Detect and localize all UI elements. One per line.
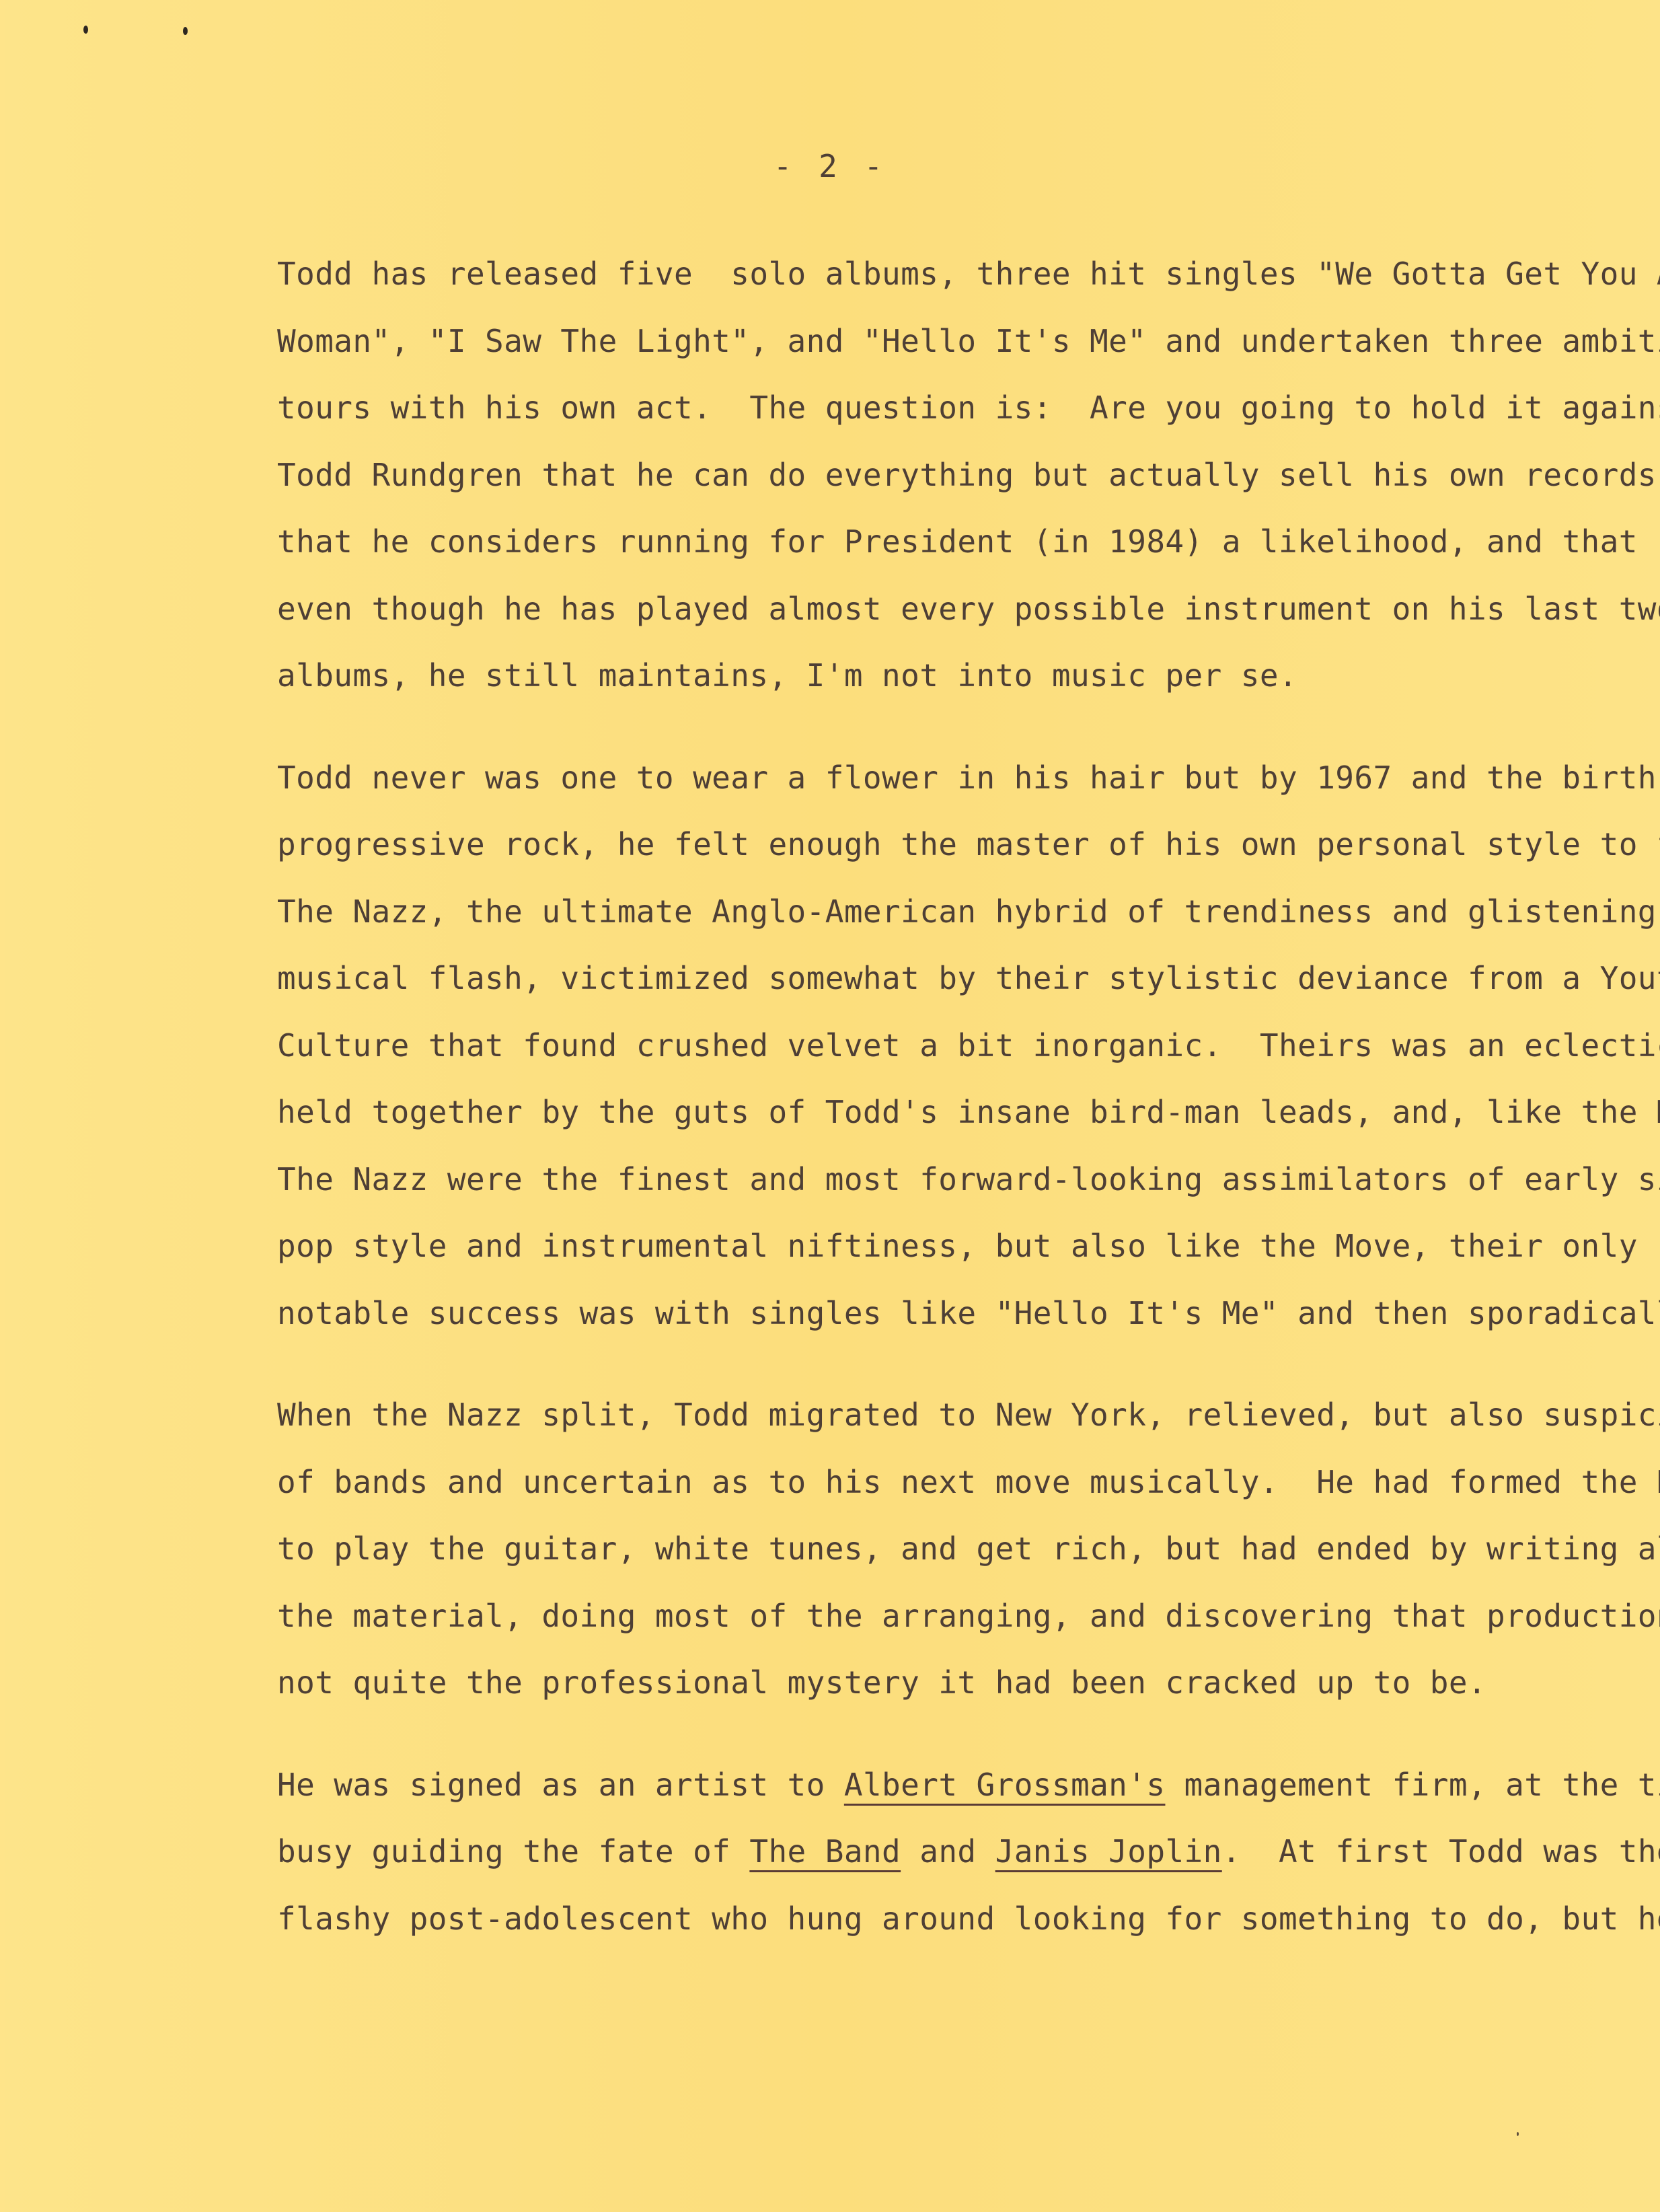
text-line: even though he has played almost every p… xyxy=(277,576,1622,643)
text-segment: busy guiding the fate of xyxy=(277,1833,749,1870)
underlined-name-the-band: The Band xyxy=(749,1833,901,1870)
text-line: flashy post-adolescent who hung around l… xyxy=(277,1886,1622,1953)
text-line: tours with his own act. The question is:… xyxy=(277,375,1622,442)
text-segment: flashy post-adolescent who hung around l… xyxy=(277,1901,1660,1937)
paragraph-3: When the Nazz split, Todd migrated to Ne… xyxy=(277,1382,1622,1717)
text-line: pop style and instrumental niftiness, bu… xyxy=(277,1213,1622,1280)
page-number: - 2 - xyxy=(0,149,1660,183)
text-line: notable success was with singles like "H… xyxy=(277,1280,1622,1348)
paragraph-4: He was signed as an artist to Albert Gro… xyxy=(277,1752,1622,1953)
text-line: The Nazz were the finest and most forwar… xyxy=(277,1146,1622,1214)
paper-speck xyxy=(1517,2132,1519,2136)
text-line: He was signed as an artist to Albert Gro… xyxy=(277,1752,1622,1819)
text-line: When the Nazz split, Todd migrated to Ne… xyxy=(277,1382,1622,1449)
text-line: that he considers running for President … xyxy=(277,509,1622,576)
text-line: to play the guitar, white tunes, and get… xyxy=(277,1516,1622,1583)
text-line: The Nazz, the ultimate Anglo-American hy… xyxy=(277,879,1622,946)
text-line: Todd Rundgren that he can do everything … xyxy=(277,442,1622,509)
punch-hole-mark xyxy=(183,27,188,35)
text-segment: He was signed as an artist to xyxy=(277,1767,844,1803)
underlined-name-albert-grossman: Albert Grossman's xyxy=(844,1767,1166,1803)
text-line: the material, doing most of the arrangin… xyxy=(277,1583,1622,1650)
text-line: Todd never was one to wear a flower in h… xyxy=(277,745,1622,812)
text-line: Woman", "I Saw The Light", and "Hello It… xyxy=(277,308,1622,375)
text-line: of bands and uncertain as to his next mo… xyxy=(277,1449,1622,1516)
text-line: Culture that found crushed velvet a bit … xyxy=(277,1012,1622,1080)
paragraph-2: Todd never was one to wear a flower in h… xyxy=(277,745,1622,1348)
text-segment: and xyxy=(901,1833,995,1870)
text-line: Todd has released five solo albums, thre… xyxy=(277,241,1622,308)
text-line: busy guiding the fate of The Band and Ja… xyxy=(277,1818,1622,1886)
paragraph-1: Todd has released five solo albums, thre… xyxy=(277,241,1622,710)
text-line: held together by the guts of Todd's insa… xyxy=(277,1079,1622,1146)
underlined-name-janis-joplin: Janis Joplin xyxy=(995,1833,1222,1870)
text-line: albums, he still maintains, I'm not into… xyxy=(277,642,1622,710)
text-line: musical flash, victimized somewhat by th… xyxy=(277,945,1622,1012)
document-body: Todd has released five solo albums, thre… xyxy=(277,241,1622,1987)
punch-hole-mark xyxy=(83,26,88,34)
text-segment: management firm, at the time xyxy=(1165,1767,1660,1803)
text-line: progressive rock, he felt enough the mas… xyxy=(277,811,1622,879)
text-line: not quite the professional mystery it ha… xyxy=(277,1650,1622,1717)
text-segment: . At first Todd was the xyxy=(1222,1833,1660,1870)
